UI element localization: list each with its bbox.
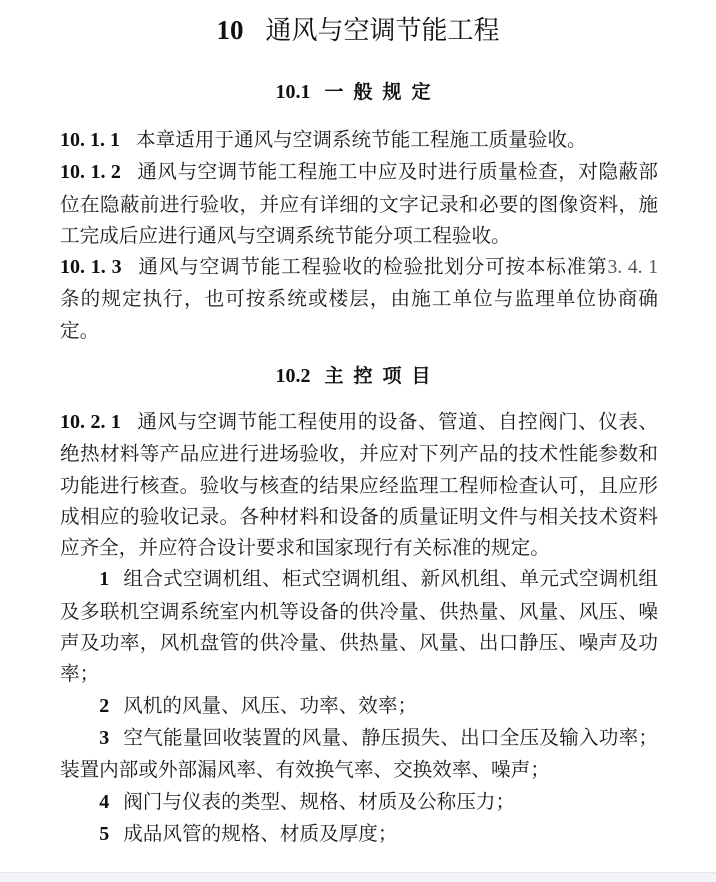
section-number: 10.1	[275, 81, 310, 103]
clause-10-1-2: 10. 1. 2通风与空调节能工程施工中应及时进行质量检查，对隐蔽部位在隐蔽前进…	[60, 156, 658, 251]
section-title: 一般规定	[324, 81, 440, 103]
list-item-4: 4阀门与仪表的类型、规格、材质及公称压力；	[60, 786, 658, 818]
list-item-5: 5成品风管的规格、材质及厚度；	[60, 818, 658, 850]
item-text: 成品风管的规格、材质及厚度；	[123, 822, 397, 845]
section-number: 10.2	[275, 365, 310, 387]
clause-text-cont: 条的规定执行，也可按系统或楼层，由施工单位与监理单位协商确定。	[60, 287, 658, 341]
section-10-2-body: 10. 2. 1通风与空调节能工程使用的设备、管道、自控阀门、仪表、绝热材料等产…	[60, 406, 658, 850]
clause-10-1-1: 10. 1. 1本章适用于通风与空调系统节能工程施工质量验收。	[60, 124, 658, 156]
chapter-title-text: 通风与空调节能工程	[265, 16, 499, 46]
section-heading-10-1: 10.1一般规定	[0, 78, 716, 106]
chapter-title: 10通风与空调节能工程	[0, 10, 716, 51]
item-number: 4	[99, 791, 109, 813]
clause-number: 10. 1. 1	[60, 129, 120, 151]
item-number: 3	[99, 727, 109, 749]
section-title: 主控项目	[324, 365, 440, 387]
clause-text: 通风与空调节能工程验收的检验批划分可按本标准第	[138, 255, 608, 278]
document-page: 10通风与空调节能工程 10.1一般规定 10. 1. 1本章适用于通风与空调系…	[0, 0, 716, 882]
list-item-1: 1组合式空调机组、柜式空调机组、新风机组、单元式空调机组及多联机空调系统室内机等…	[60, 563, 658, 689]
viewer-bottom-bar	[0, 872, 716, 882]
clause-number: 10. 1. 3	[60, 256, 122, 278]
clause-text: 本章适用于通风与空调系统节能工程施工质量验收。	[136, 128, 587, 151]
item-number: 2	[99, 695, 109, 717]
clause-number: 10. 2. 1	[60, 411, 121, 433]
clause-10-1-3: 10. 1. 3通风与空调节能工程验收的检验批划分可按本标准第3. 4. 1 条…	[60, 251, 658, 346]
chapter-number: 10	[216, 15, 243, 45]
item-text: 阀门与仪表的类型、规格、材质及公称压力；	[123, 790, 515, 813]
list-item-2: 2风机的风量、风压、功率、效率；	[60, 690, 658, 722]
list-item-3: 3空气能量回收装置的风量、静压损失、出口全压及输入功率；装置内部或外部漏风率、有…	[60, 722, 658, 786]
item-number: 1	[99, 568, 109, 590]
item-text: 风机的风量、风压、功率、效率；	[123, 694, 417, 717]
item-text: 空气能量回收装置的风量、静压损失、出口全压及输入功率；装置内部或外部漏风率、有效…	[60, 726, 658, 781]
clause-number: 10. 1. 2	[60, 161, 121, 183]
section-10-1-body: 10. 1. 1本章适用于通风与空调系统节能工程施工质量验收。 10. 1. 2…	[60, 124, 658, 346]
clause-10-2-1: 10. 2. 1通风与空调节能工程使用的设备、管道、自控阀门、仪表、绝热材料等产…	[60, 406, 658, 563]
section-heading-10-2: 10.2主控项目	[0, 362, 716, 390]
item-text: 组合式空调机组、柜式空调机组、新风机组、单元式空调机组及多联机空调系统室内机等设…	[60, 567, 658, 685]
clause-reference: 3. 4. 1	[607, 257, 658, 278]
item-number: 5	[99, 823, 109, 845]
clause-text: 通风与空调节能工程施工中应及时进行质量检查，对隐蔽部位在隐蔽前进行验收，并应有详…	[60, 160, 658, 247]
clause-text: 通风与空调节能工程使用的设备、管道、自控阀门、仪表、绝热材料等产品应进行进场验收…	[60, 410, 658, 559]
